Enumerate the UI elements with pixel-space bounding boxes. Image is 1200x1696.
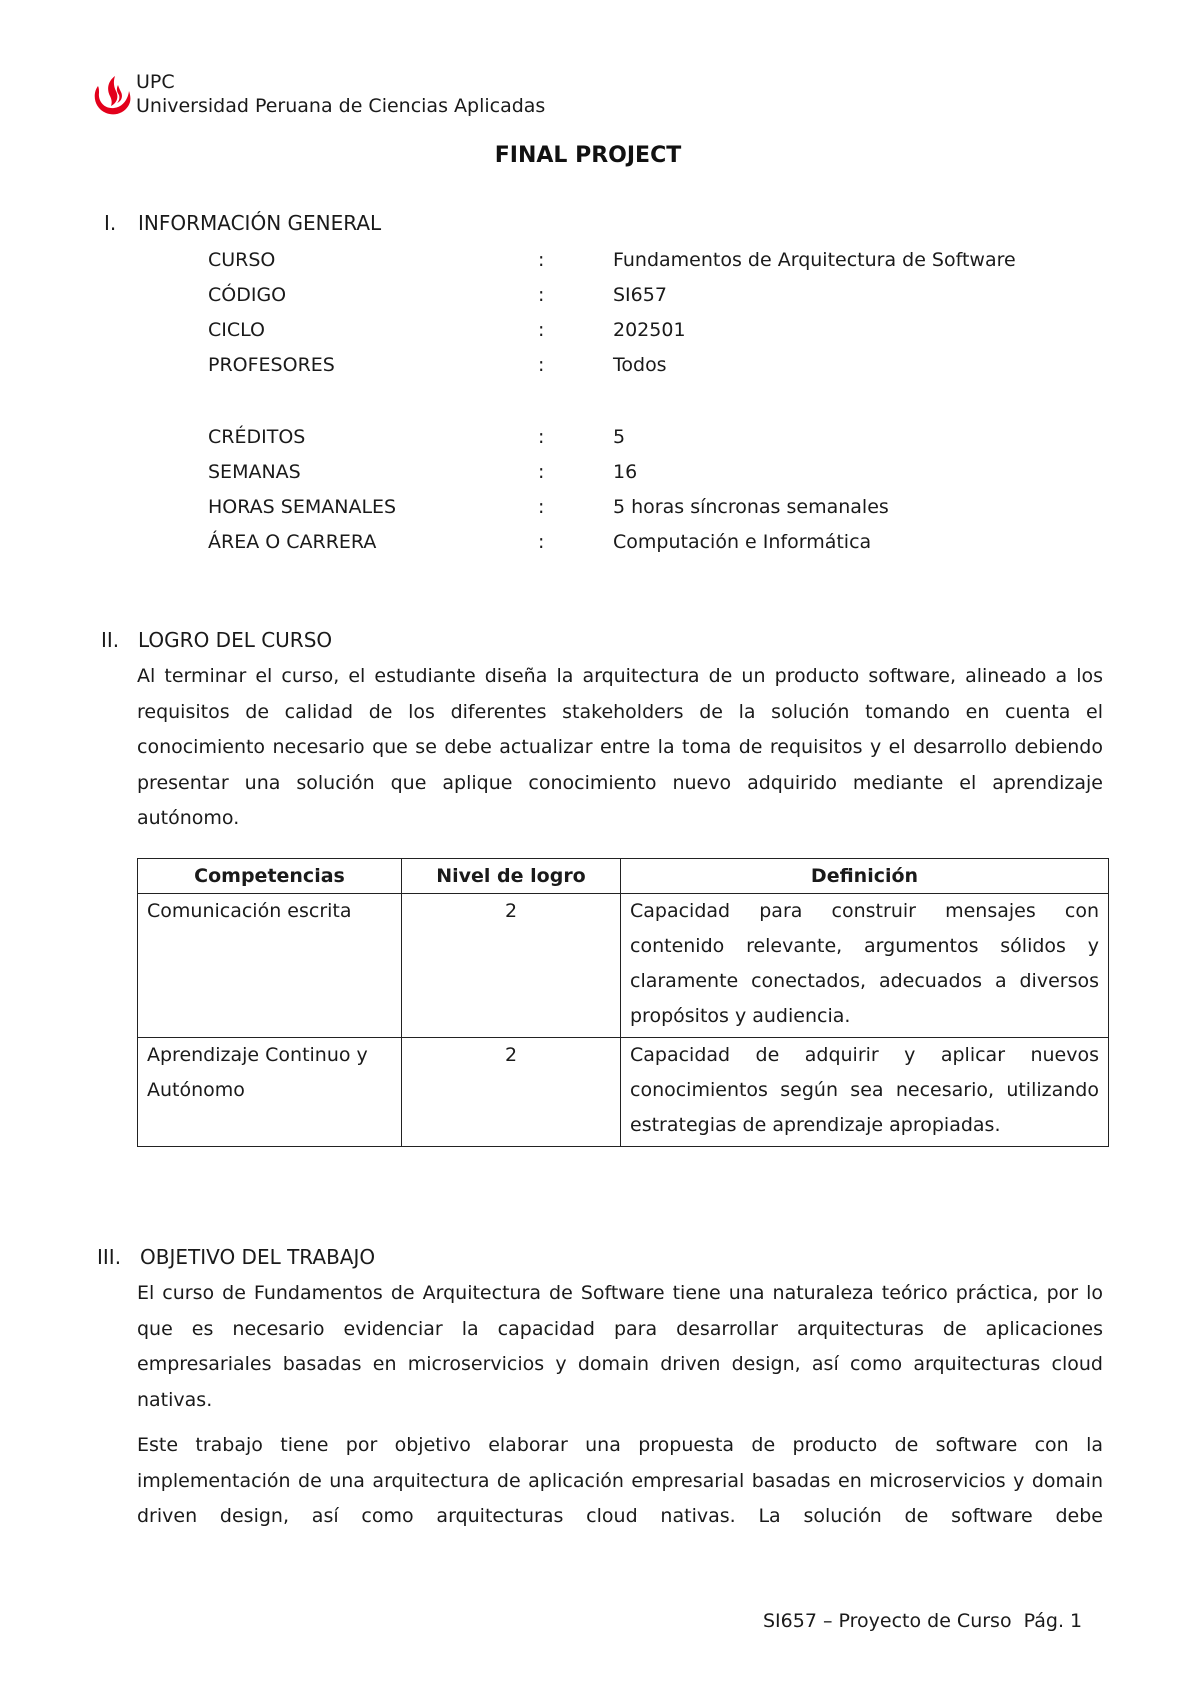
info-colon: : — [538, 249, 544, 271]
page-title: FINAL PROJECT — [0, 143, 1176, 168]
section-title: OBJETIVO DEL TRABAJO — [140, 1245, 375, 1269]
objetivo-paragraph-2: Este trabajo tiene por objetivo elaborar… — [137, 1428, 1103, 1535]
document-header: UPC Universidad Peruana de Ciencias Apli… — [92, 70, 545, 118]
table-row: Aprendizaje Continuo y Autónomo 2 Capaci… — [138, 1038, 1109, 1147]
document-page: UPC Universidad Peruana de Ciencias Apli… — [0, 0, 1200, 1696]
footer-text: SI657 – Proyecto de Curso — [763, 1610, 1012, 1632]
info-row-horas-semanales: HORAS SEMANALES : 5 horas síncronas sema… — [208, 496, 1108, 528]
info-label: CURSO — [208, 249, 275, 271]
info-colon: : — [538, 354, 544, 376]
info-row-creditos: CRÉDITOS : 5 — [208, 426, 1108, 458]
column-header: Competencias — [138, 859, 402, 894]
info-row-area-carrera: ÁREA O CARRERA : Computación e Informáti… — [208, 531, 1108, 563]
info-value: Todos — [613, 354, 667, 376]
info-colon: : — [538, 531, 544, 553]
info-row-ciclo: CICLO : 202501 — [208, 319, 1108, 351]
page-footer: SI657 – Proyecto de Curso Pág. 1 — [763, 1610, 1082, 1632]
nivel-cell: 2 — [402, 894, 621, 1038]
section-number: I. — [104, 211, 138, 235]
info-row-curso: CURSO : Fundamentos de Arquitectura de S… — [208, 249, 1108, 281]
competencia-cell: Comunicación escrita — [138, 894, 402, 1038]
section-title: INFORMACIÓN GENERAL — [138, 211, 381, 235]
definicion-cell: Capacidad de adquirir y aplicar nuevos c… — [621, 1038, 1109, 1147]
section-number: II. — [101, 628, 138, 652]
info-value: 16 — [613, 461, 637, 483]
info-colon: : — [538, 496, 544, 518]
competencia-cell: Aprendizaje Continuo y Autónomo — [138, 1038, 402, 1147]
info-label: CÓDIGO — [208, 284, 286, 306]
info-colon: : — [538, 426, 544, 448]
page-number: Pág. 1 — [1024, 1610, 1082, 1632]
info-colon: : — [538, 284, 544, 306]
info-row-semanas: SEMANAS : 16 — [208, 461, 1108, 493]
info-value: 202501 — [613, 319, 686, 341]
info-label: CRÉDITOS — [208, 426, 305, 448]
info-row-profesores: PROFESORES : Todos — [208, 354, 1108, 386]
org-full-name: Universidad Peruana de Ciencias Aplicada… — [136, 94, 545, 118]
definicion-cell: Capacidad para construir mensajes con co… — [621, 894, 1109, 1038]
logro-paragraph: Al terminar el curso, el estudiante dise… — [137, 659, 1103, 837]
info-label: ÁREA O CARRERA — [208, 531, 376, 553]
info-row-codigo: CÓDIGO : SI657 — [208, 284, 1108, 316]
section-heading-objetivo: III.OBJETIVO DEL TRABAJO — [97, 1245, 375, 1269]
info-value: 5 horas síncronas semanales — [613, 496, 889, 518]
column-header: Definición — [621, 859, 1109, 894]
org-short-name: UPC — [136, 70, 545, 94]
column-header: Nivel de logro — [402, 859, 621, 894]
info-value: 5 — [613, 426, 625, 448]
section-heading-logro: II.LOGRO DEL CURSO — [101, 628, 332, 652]
info-label: PROFESORES — [208, 354, 335, 376]
nivel-cell: 2 — [402, 1038, 621, 1147]
info-value: SI657 — [613, 284, 667, 306]
section-heading-info: I.INFORMACIÓN GENERAL — [104, 211, 381, 235]
info-colon: : — [538, 461, 544, 483]
section-number: III. — [97, 1245, 140, 1269]
info-label: HORAS SEMANALES — [208, 496, 396, 518]
table-header-row: Competencias Nivel de logro Definición — [138, 859, 1109, 894]
objetivo-paragraph-1: El curso de Fundamentos de Arquitectura … — [137, 1276, 1103, 1418]
info-label: CICLO — [208, 319, 265, 341]
section-title: LOGRO DEL CURSO — [138, 628, 332, 652]
info-colon: : — [538, 319, 544, 341]
info-label: SEMANAS — [208, 461, 301, 483]
info-value: Fundamentos de Arquitectura de Software — [613, 249, 1016, 271]
upc-logo-icon — [92, 72, 132, 116]
competencias-table: Competencias Nivel de logro Definición C… — [137, 858, 1109, 1147]
info-value: Computación e Informática — [613, 531, 871, 553]
table-row: Comunicación escrita 2 Capacidad para co… — [138, 894, 1109, 1038]
